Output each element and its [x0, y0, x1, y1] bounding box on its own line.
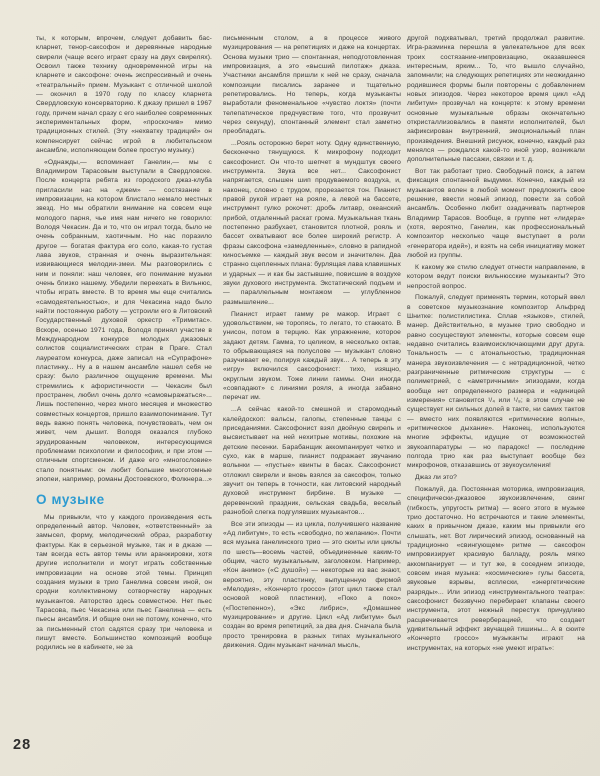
paragraph: Пожалуй, следует применять термин, котор…: [407, 293, 585, 470]
paragraph: Мы привыкли, что у каждого произведения …: [36, 513, 212, 653]
paragraph: Все эти эпизоды — из цикла, получившего …: [223, 520, 401, 651]
text-column-1: ты, к которым, впрочем, следует добавить…: [36, 34, 212, 653]
paragraph: письменным столом, а в процессе живого м…: [223, 34, 401, 137]
text-column-3: другой подхватывал, третий продолжал раз…: [407, 34, 585, 653]
section-heading: О музыке: [36, 495, 212, 504]
paragraph: Пианист играет гамму ре мажор. Играет с …: [223, 310, 401, 403]
magazine-page: ты, к которым, впрочем, следует добавить…: [0, 0, 600, 776]
paragraph: К какому же стилю следует отнести направ…: [407, 263, 585, 291]
paragraph: Джаз ли это?: [407, 473, 585, 482]
paragraph: ...А сейчас какой-то смешной и старомодн…: [223, 405, 401, 517]
paragraph: ты, к которым, впрочем, следует добавить…: [36, 34, 212, 155]
paragraph: Вот так работает трио. Свободный поиск, …: [407, 167, 585, 260]
paragraph: ...Рояль осторожно берет ноту. Одну един…: [223, 139, 401, 307]
page-number: 28: [13, 737, 31, 753]
paragraph: другой подхватывал, третий продолжал раз…: [407, 34, 585, 165]
paragraph: Пожалуй, да. Постоянная моторика, импров…: [407, 485, 585, 653]
text-column-2: письменным столом, а в процессе живого м…: [223, 34, 401, 650]
paragraph: «Однажды,— вспоминает Ганелин,— мы с Вла…: [36, 158, 212, 484]
